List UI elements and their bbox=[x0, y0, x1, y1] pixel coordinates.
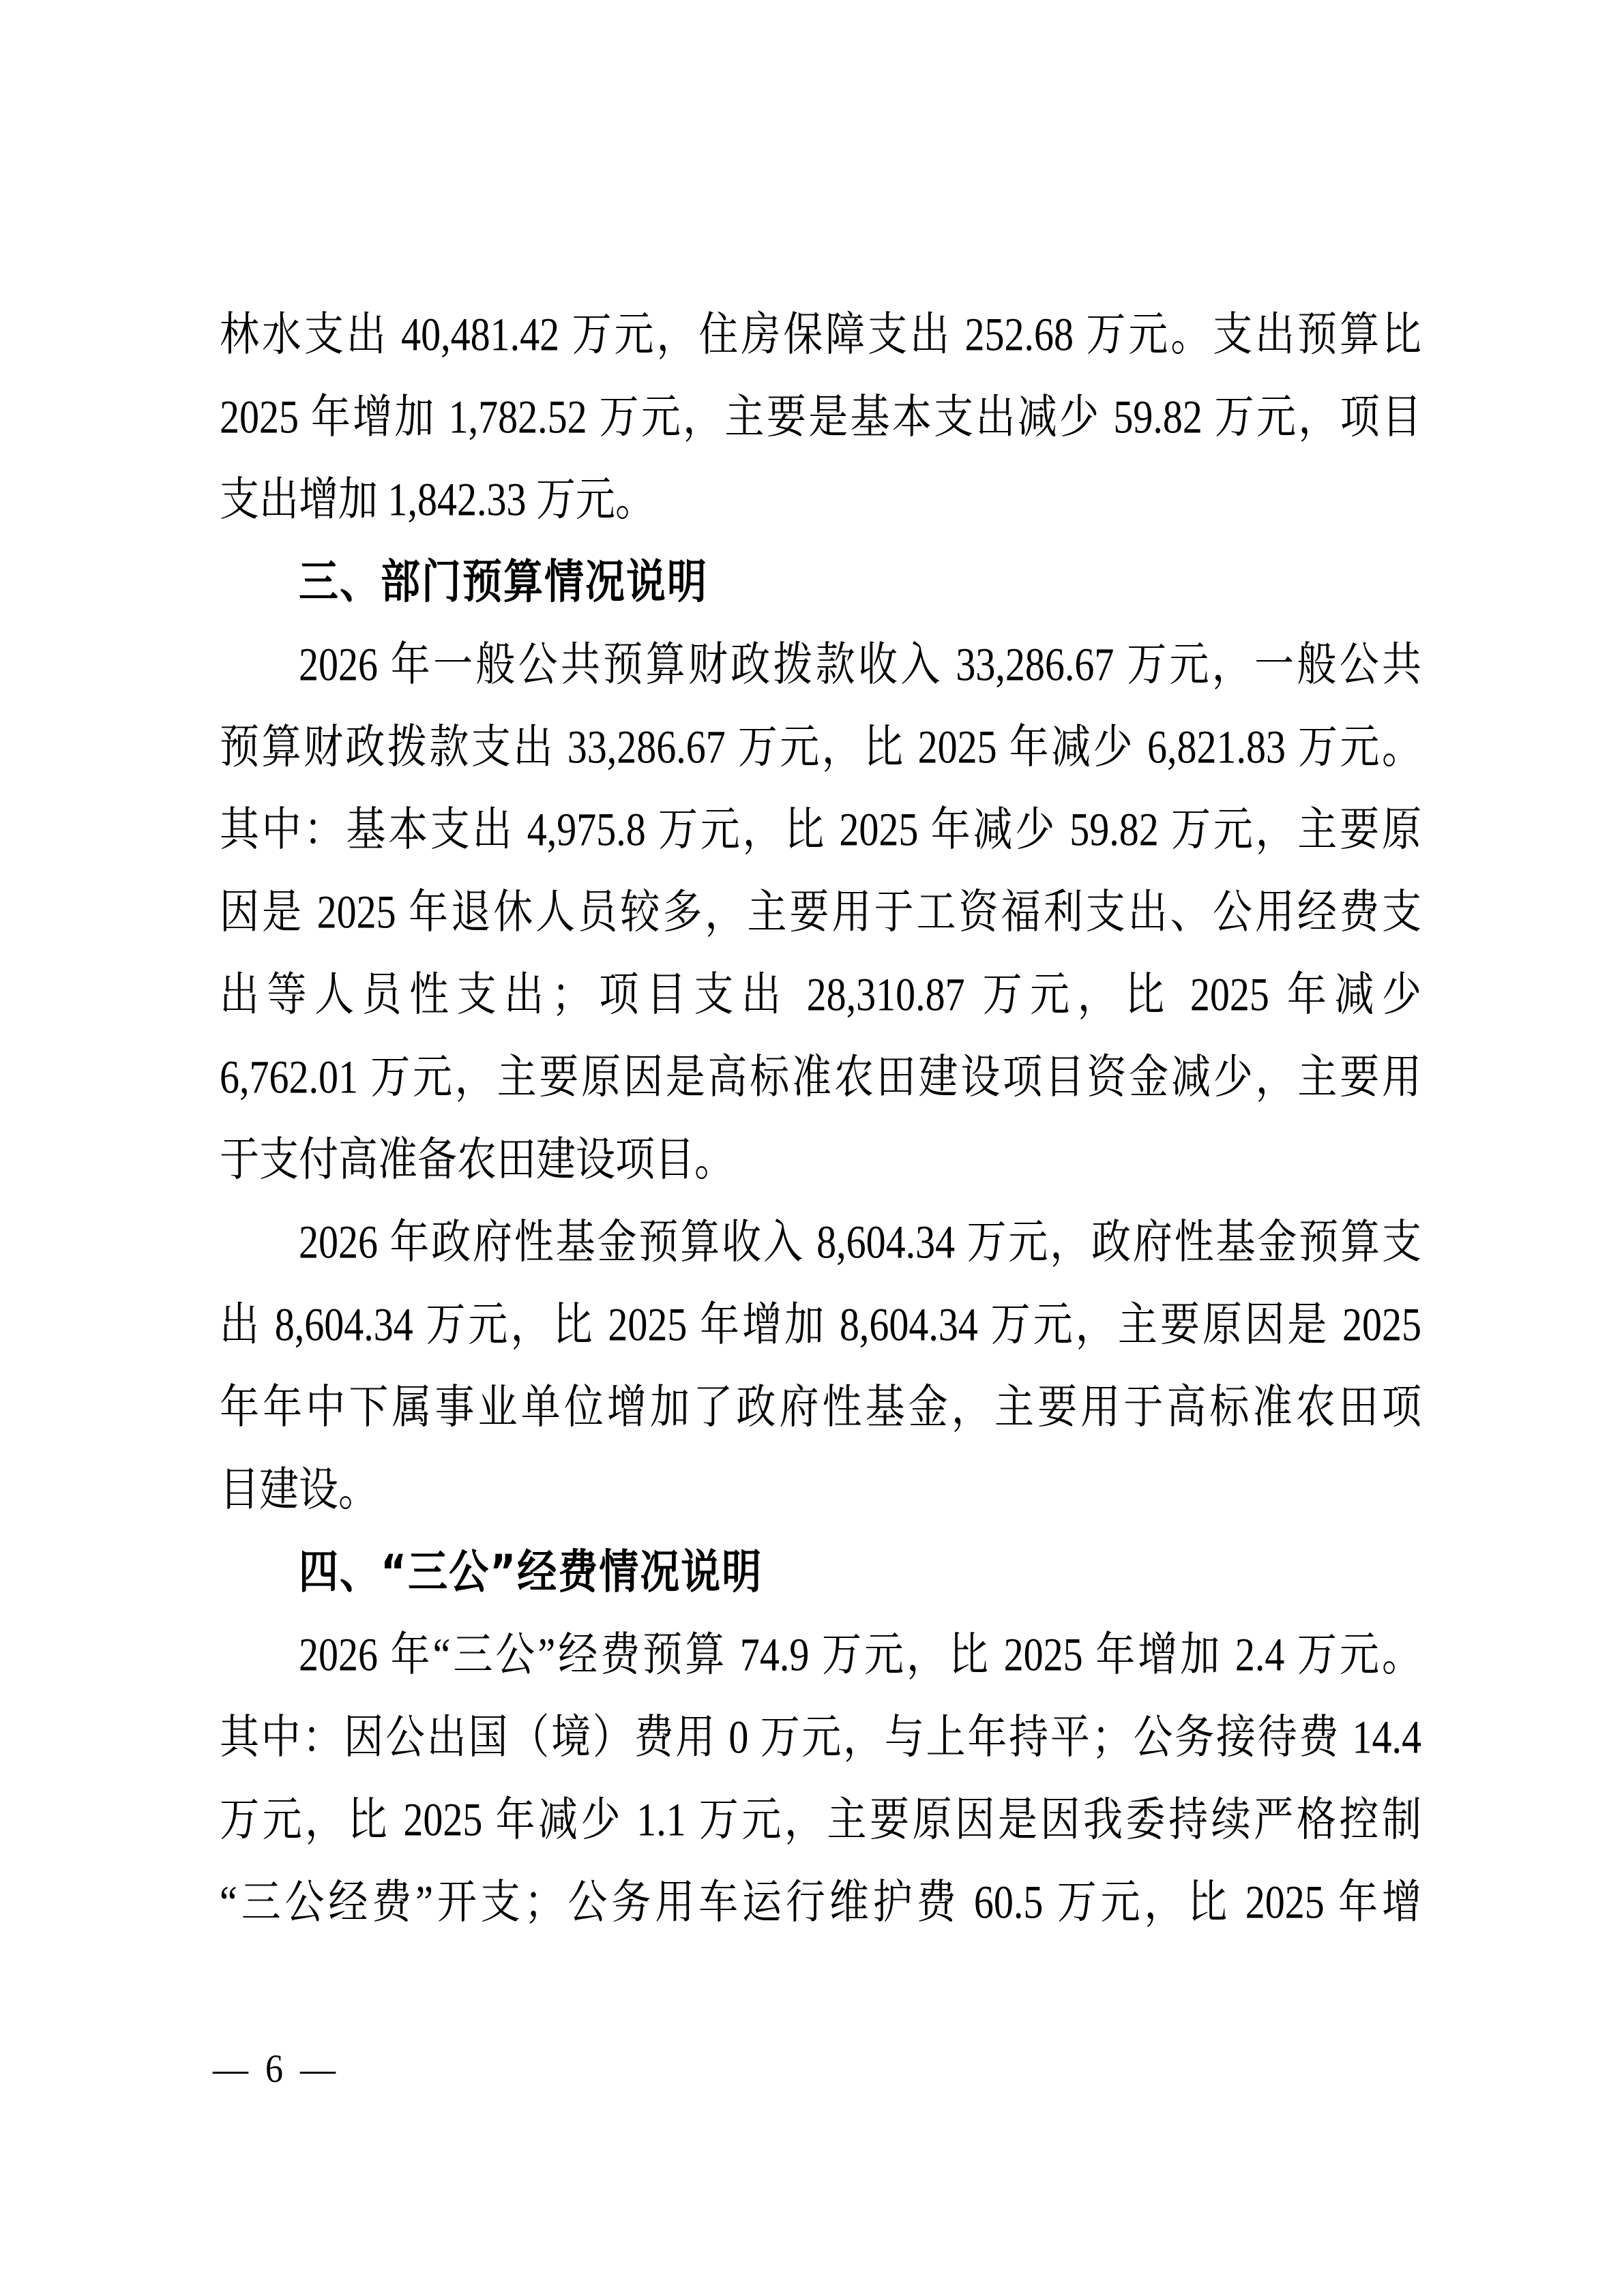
body-line: “三公经费”开支；公务用车运行维护费 60.5 万元，比 2025 年增 bbox=[220, 1853, 1421, 1951]
document-page: 林水支出 40,481.42 万元，住房保障支出 252.68 万元。支出预算比… bbox=[0, 0, 1624, 2296]
page-number: — 6 — bbox=[213, 2043, 336, 2096]
document-body: 林水支出 40,481.42 万元，住房保障支出 252.68 万元。支出预算比… bbox=[220, 293, 1421, 1943]
